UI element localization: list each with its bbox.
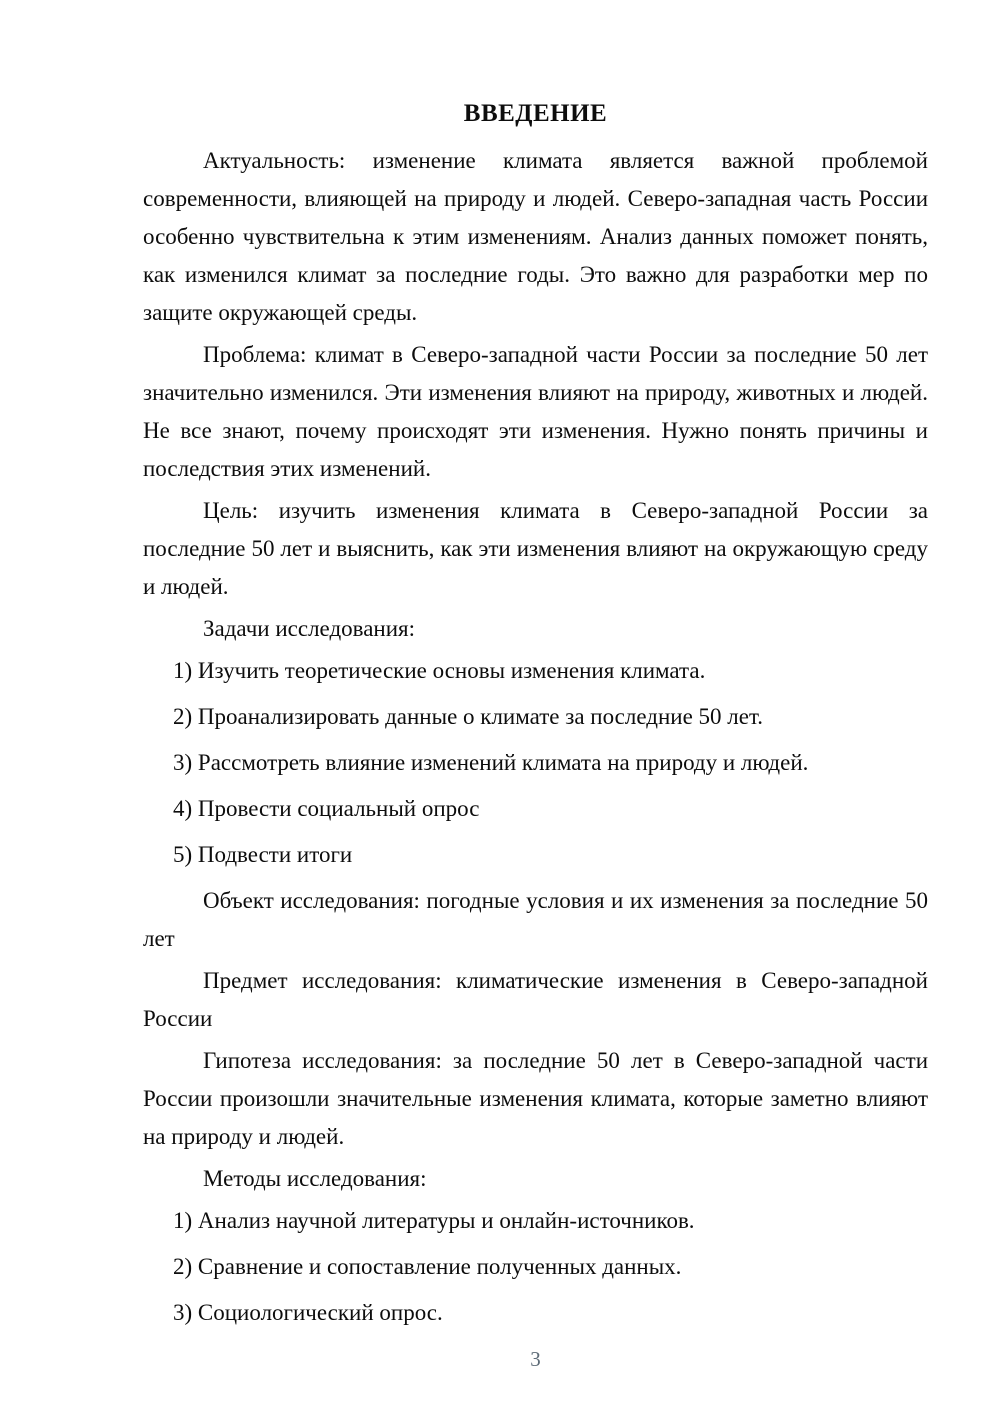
methods-list: 1) Анализ научной литературы и онлайн-ис… bbox=[143, 1202, 928, 1332]
paragraph-goal: Цель: изучить изменения климата в Северо… bbox=[143, 492, 928, 606]
document-page: ВВЕДЕНИЕ Актуальность: изменение климата… bbox=[0, 0, 1000, 1414]
paragraph-object: Объект исследования: погодные условия и … bbox=[143, 882, 928, 958]
task-item-1: 1) Изучить теоретические основы изменени… bbox=[143, 652, 928, 690]
page-number: 3 bbox=[143, 1340, 928, 1378]
methods-heading: Методы исследования: bbox=[143, 1160, 928, 1198]
page-title: ВВЕДЕНИЕ bbox=[143, 95, 928, 133]
method-item-1: 1) Анализ научной литературы и онлайн-ис… bbox=[143, 1202, 928, 1240]
paragraph-problem: Проблема: климат в Северо-западной части… bbox=[143, 336, 928, 488]
document-content: ВВЕДЕНИЕ Актуальность: изменение климата… bbox=[0, 0, 1000, 1378]
paragraph-actuality: Актуальность: изменение климата является… bbox=[143, 142, 928, 332]
task-item-3: 3) Рассмотреть влияние изменений климата… bbox=[143, 744, 928, 782]
method-item-2: 2) Сравнение и сопоставление полученных … bbox=[143, 1248, 928, 1286]
method-item-3: 3) Социологический опрос. bbox=[143, 1294, 928, 1332]
task-item-2: 2) Проанализировать данные о климате за … bbox=[143, 698, 928, 736]
paragraph-subject: Предмет исследования: климатические изме… bbox=[143, 962, 928, 1038]
tasks-heading: Задачи исследования: bbox=[143, 610, 928, 648]
task-item-5: 5) Подвести итоги bbox=[143, 836, 928, 874]
tasks-list: 1) Изучить теоретические основы изменени… bbox=[143, 652, 928, 874]
paragraph-hypothesis: Гипотеза исследования: за последние 50 л… bbox=[143, 1042, 928, 1156]
task-item-4: 4) Провести социальный опрос bbox=[143, 790, 928, 828]
